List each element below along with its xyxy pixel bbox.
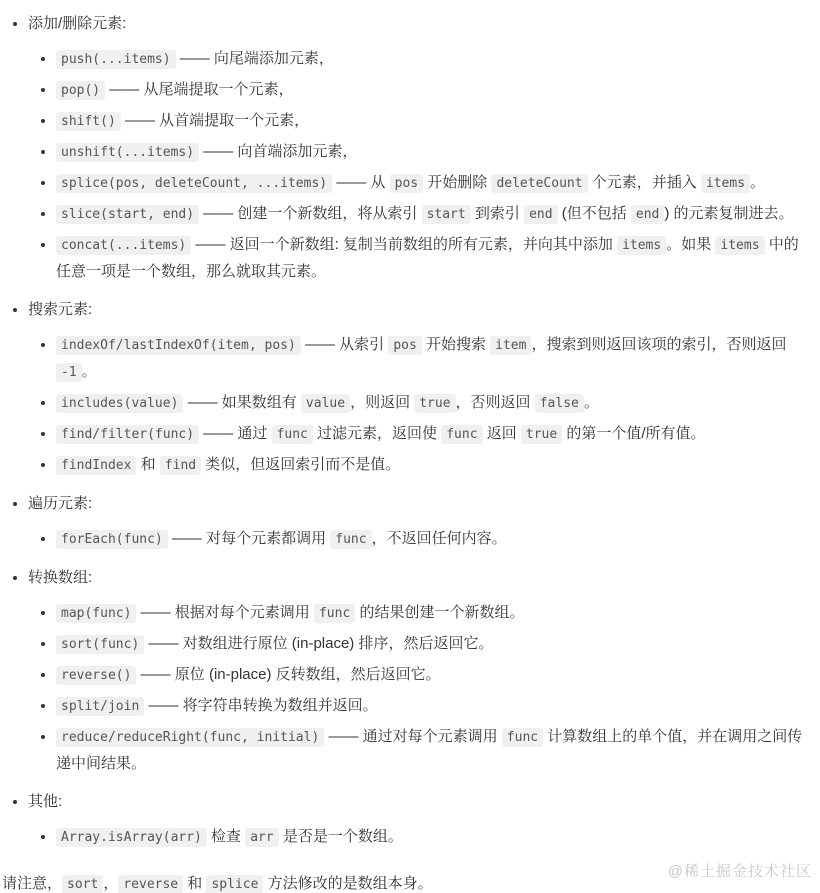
inline-code: forEach(func) (56, 530, 168, 549)
inline-code: true (521, 425, 562, 444)
section-title: 其他: (28, 789, 810, 815)
method-item: pop() —— 从尾端提取一个元素， (56, 77, 810, 104)
section-sublist: indexOf/lastIndexOf(item, pos) —— 从索引 po… (28, 332, 810, 479)
method-item: split/join —— 将字符串转换为数组并返回。 (56, 693, 810, 720)
method-item: forEach(func) —— 对每个元素都调用 func，不返回任何内容。 (56, 526, 810, 553)
method-item: reduce/reduceRight(func, initial) —— 通过对… (56, 724, 810, 777)
method-item: map(func) —— 根据对每个元素调用 func 的结果创建一个新数组。 (56, 600, 810, 627)
method-item: shift() —— 从首端提取一个元素， (56, 108, 810, 135)
inline-code: splice (206, 875, 263, 893)
section-sublist: map(func) —— 根据对每个元素调用 func 的结果创建一个新数组。s… (28, 600, 810, 777)
inline-code: unshift(...items) (56, 143, 199, 162)
method-item: splice(pos, deleteCount, ...items) —— 从 … (56, 170, 810, 197)
inline-code: split/join (56, 697, 144, 716)
inline-code: end (631, 205, 664, 224)
inline-code: true (414, 394, 455, 413)
inline-code: find/filter(func) (56, 425, 199, 444)
method-item: push(...items) —— 向尾端添加元素， (56, 46, 810, 73)
section-item: 其他:Array.isArray(arr) 检查 arr 是否是一个数组。 (28, 789, 810, 851)
inline-code: includes(value) (56, 394, 183, 413)
section-title: 搜索元素: (28, 297, 810, 323)
inline-code: items (617, 236, 666, 255)
section-title: 转换数组: (28, 565, 810, 591)
section-sublist: Array.isArray(arr) 检查 arr 是否是一个数组。 (28, 824, 810, 851)
inline-code: -1 (56, 363, 82, 382)
inline-code: func (502, 728, 543, 747)
inline-code: indexOf/lastIndexOf(item, pos) (56, 336, 301, 355)
method-item: Array.isArray(arr) 检查 arr 是否是一个数组。 (56, 824, 810, 851)
inline-code: sort (62, 875, 103, 893)
method-item: includes(value) —— 如果数组有 value，则返回 true，… (56, 390, 810, 417)
section-item: 添加/删除元素:push(...items) —— 向尾端添加元素，pop() … (28, 11, 810, 285)
inline-code: item (490, 336, 531, 355)
inline-code: map(func) (56, 604, 136, 623)
inline-code: concat(...items) (56, 236, 191, 255)
method-item: reverse() —— 原位 (in-place) 反转数组，然后返回它。 (56, 662, 810, 689)
section-item: 遍历元素:forEach(func) —— 对每个元素都调用 func，不返回任… (28, 491, 810, 553)
method-item: findIndex 和 find 类似，但返回索引而不是值。 (56, 452, 810, 479)
inline-code: start (422, 205, 471, 224)
inline-code: splice(pos, deleteCount, ...items) (56, 174, 332, 193)
inline-code: func (330, 530, 371, 549)
inline-code: false (535, 394, 584, 413)
inline-code: func (272, 425, 313, 444)
inline-code: find (160, 456, 201, 475)
inline-code: push(...items) (56, 50, 176, 69)
section-item: 转换数组:map(func) —— 根据对每个元素调用 func 的结果创建一个… (28, 565, 810, 777)
inline-code: func (314, 604, 355, 623)
method-item: indexOf/lastIndexOf(item, pos) —— 从索引 po… (56, 332, 810, 386)
watermark: @稀土掘金技术社区 (668, 859, 812, 885)
section-item: 搜索元素:indexOf/lastIndexOf(item, pos) —— 从… (28, 297, 810, 479)
section-sublist: push(...items) —— 向尾端添加元素，pop() —— 从尾端提取… (28, 46, 810, 285)
inline-code: items (715, 236, 764, 255)
section-title: 遍历元素: (28, 491, 810, 517)
inline-code: reduce/reduceRight(func, initial) (56, 728, 324, 747)
inline-code: func (441, 425, 482, 444)
inline-code: sort(func) (56, 635, 144, 654)
inline-code: Array.isArray(arr) (56, 828, 207, 847)
inline-code: deleteCount (491, 174, 587, 193)
inline-code: pos (388, 336, 421, 355)
section-sublist: forEach(func) —— 对每个元素都调用 func，不返回任何内容。 (28, 526, 810, 553)
array-methods-summary-list: 添加/删除元素:push(...items) —— 向尾端添加元素，pop() … (0, 11, 810, 851)
inline-code: arr (245, 828, 278, 847)
method-item: slice(start, end) —— 创建一个新数组，将从索引 start … (56, 201, 810, 228)
inline-code: reverse() (56, 666, 136, 685)
method-item: unshift(...items) —— 向首端添加元素， (56, 139, 810, 166)
inline-code: end (524, 205, 557, 224)
inline-code: findIndex (56, 456, 136, 475)
section-title: 添加/删除元素: (28, 11, 810, 37)
inline-code: pos (390, 174, 423, 193)
inline-code: items (701, 174, 750, 193)
inline-code: value (301, 394, 350, 413)
inline-code: slice(start, end) (56, 205, 199, 224)
inline-code: pop() (56, 81, 105, 100)
method-item: sort(func) —— 对数组进行原位 (in-place) 排序，然后返回… (56, 631, 810, 658)
inline-code: reverse (118, 875, 183, 893)
method-item: find/filter(func) —— 通过 func 过滤元素，返回使 fu… (56, 421, 810, 448)
inline-code: shift() (56, 112, 121, 131)
method-item: concat(...items) —— 返回一个新数组: 复制当前数组的所有元素… (56, 232, 810, 285)
